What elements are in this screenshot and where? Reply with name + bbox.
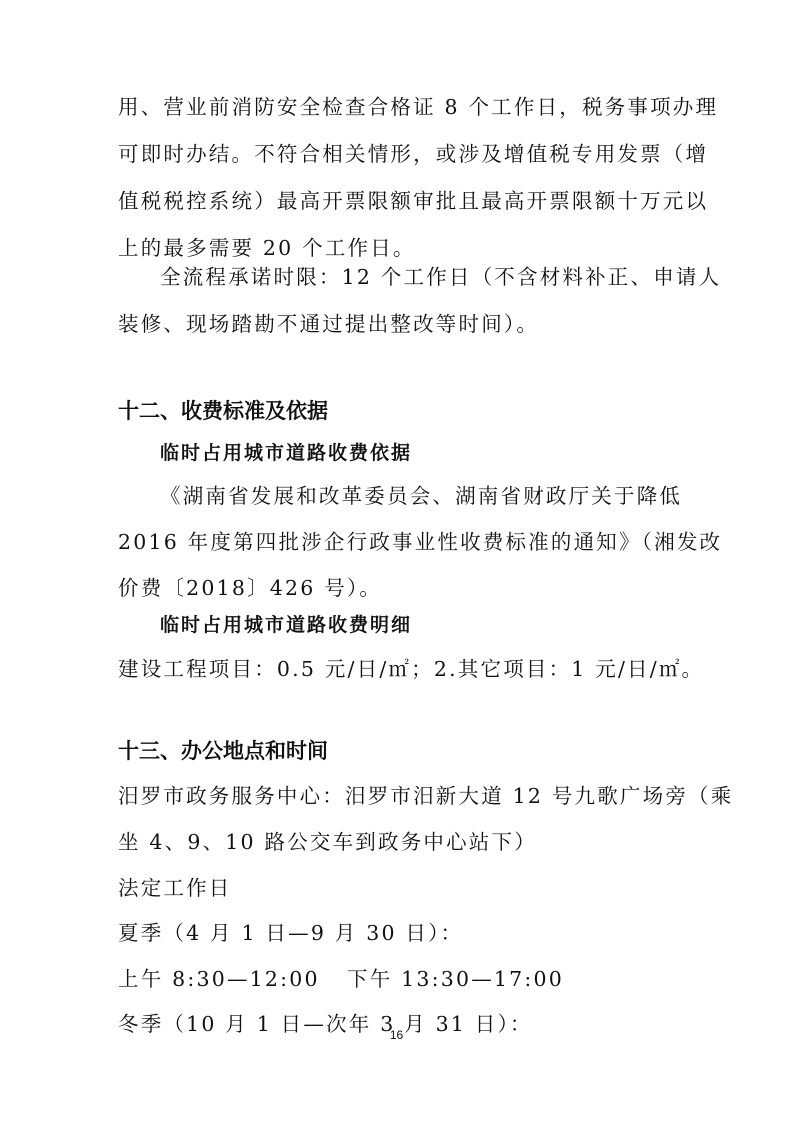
fee-detail-text: 建设工程项目：0.5 元/日/㎡；2.其它项目：1 元/日/㎡。 [118, 656, 704, 682]
fee-basis-line: 价费〔2018〕426 号）。 [118, 575, 382, 601]
section-12-title: 十二、收费标准及依据 [118, 398, 328, 424]
paragraph-line: 可即时办结。不符合相关情形，或涉及增值税专用发票（增 [118, 141, 708, 167]
address-line: 坐 4、9、10 路公交车到政务中心站下） [118, 829, 537, 855]
paragraph-line: 用、营业前消防安全检查合格证 8 个工作日，税务事项办理 [118, 94, 718, 120]
workday-label: 法定工作日 [118, 875, 232, 901]
paragraph-line: 上的最多需要 20 个工作日。 [118, 235, 416, 261]
summer-morning-hours: 上午 8:30—12:00 [118, 966, 320, 992]
summer-label: 夏季（4 月 1 日—9 月 30 日）： [118, 920, 463, 946]
document-page: 用、营业前消防安全检查合格证 8 个工作日，税务事项办理 可即时办结。不符合相关… [0, 0, 793, 1122]
commitment-line: 全流程承诺时限：12 个工作日（不含材料补正、申请人 [160, 264, 721, 290]
commitment-line: 装修、现场踏勘不通过提出整改等时间）。 [118, 311, 539, 337]
section-13-title: 十三、办公地点和时间 [118, 738, 328, 764]
fee-basis-line: 2016 年度第四批涉企行政事业性收费标准的通知》（湘发改 [118, 529, 722, 555]
fee-basis-heading: 临时占用城市道路收费依据 [160, 440, 412, 466]
paragraph-line: 值税税控系统）最高开票限额审批且最高开票限额十万元以 [118, 188, 708, 214]
summer-afternoon-hours: 下午 13:30—17:00 [347, 966, 564, 992]
page-number: 16 [0, 1028, 793, 1042]
address-line: 汨罗市政务服务中心：汨罗市汨新大道 12 号九歌广场旁（乘 [118, 783, 733, 809]
fee-basis-line: 《湖南省发展和改革委员会、湖南省财政厅关于降低 [160, 483, 682, 509]
fee-detail-heading: 临时占用城市道路收费明细 [160, 612, 412, 638]
